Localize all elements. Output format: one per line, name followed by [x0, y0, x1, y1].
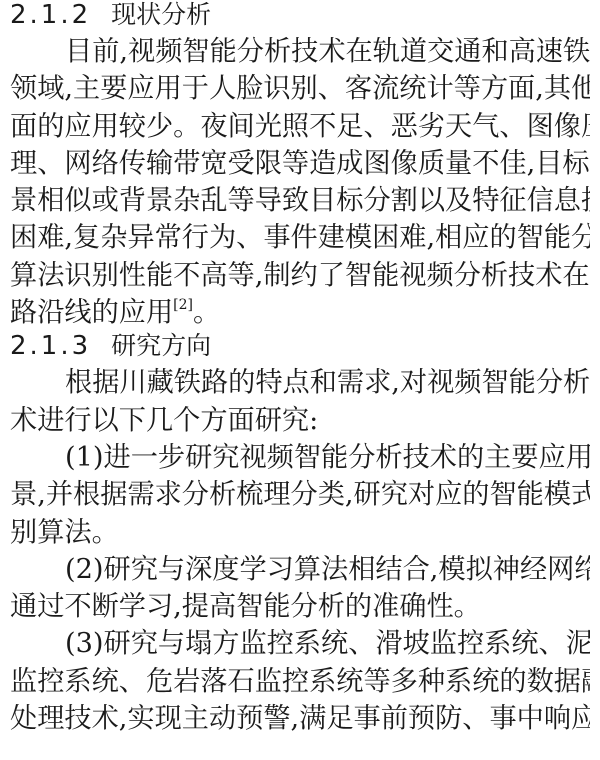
- citation-reference[interactable]: [2]: [173, 297, 193, 313]
- paragraph-research-intro: 根据川藏铁路的特点和需求,对视频智能分析技 术进行以下几个方面研究:: [10, 364, 590, 439]
- text-line: 困难,复杂异常行为、事件建模困难,相应的智能分析: [10, 219, 590, 256]
- text-line: (3)研究与塌方监控系统、滑坡监控系统、泥石流: [10, 625, 590, 662]
- text-line: 根据川藏铁路的特点和需求,对视频智能分析技: [10, 364, 590, 401]
- text-line: (2)研究与深度学习算法相结合,模拟神经网络,: [10, 551, 590, 588]
- paragraph-status-analysis: 目前,视频智能分析技术在轨道交通和高速铁路 领域,主要应用于人脸识别、客流统计等…: [10, 33, 590, 331]
- section-title: 研究方向: [111, 331, 211, 360]
- text-line-last: 路沿线的应用[2]。: [10, 294, 590, 331]
- text-line-last: 别算法。: [10, 514, 590, 551]
- text-line: 面的应用较少。夜间光照不足、恶劣天气、图像压缩处: [10, 108, 590, 145]
- text-line-last: 术进行以下几个方面研究:: [10, 402, 590, 439]
- text-line: 景,并根据需求分析梳理分类,研究对应的智能模式识: [10, 476, 590, 513]
- text-line: 景相似或背景杂乱等导致目标分割以及特征信息提取: [10, 182, 590, 219]
- paragraph-item-3: (3)研究与塌方监控系统、滑坡监控系统、泥石流 监控系统、危岩落石监控系统等多种…: [10, 625, 590, 737]
- text-line: 监控系统、危岩落石监控系统等多种系统的数据融合: [10, 663, 590, 700]
- text-line: 算法识别性能不高等,制约了智能视频分析技术在铁: [10, 257, 590, 294]
- section-heading-2-1-2: 2.1.2现状分析: [10, 0, 590, 33]
- text-line: 理、网络传输带宽受限等造成图像质量不佳,目标与背: [10, 145, 590, 182]
- text-line: 目前,视频智能分析技术在轨道交通和高速铁路: [10, 33, 590, 70]
- text-line-last: 通过不断学习,提高智能分析的准确性。: [10, 588, 590, 625]
- section-number: 2.1.3: [10, 331, 91, 361]
- paragraph-item-1: (1)进一步研究视频智能分析技术的主要应用场 景,并根据需求分析梳理分类,研究对…: [10, 439, 590, 551]
- text-line: (1)进一步研究视频智能分析技术的主要应用场: [10, 439, 590, 476]
- text-line: 处理技术,实现主动预警,满足事前预防、事中响应、事: [10, 700, 590, 737]
- section-heading-2-1-3: 2.1.3研究方向: [10, 327, 590, 364]
- end-punctuation: 。: [193, 297, 220, 328]
- document-page: 2.1.2现状分析 目前,视频智能分析技术在轨道交通和高速铁路 领域,主要应用于…: [10, 0, 590, 737]
- paragraph-item-2: (2)研究与深度学习算法相结合,模拟神经网络, 通过不断学习,提高智能分析的准确…: [10, 551, 590, 626]
- text-line: 领域,主要应用于人脸识别、客流统计等方面,其他方: [10, 70, 590, 107]
- text-fragment: 路沿线的应用: [10, 297, 173, 328]
- section-title: 现状分析: [111, 0, 211, 29]
- section-number: 2.1.2: [10, 0, 91, 30]
